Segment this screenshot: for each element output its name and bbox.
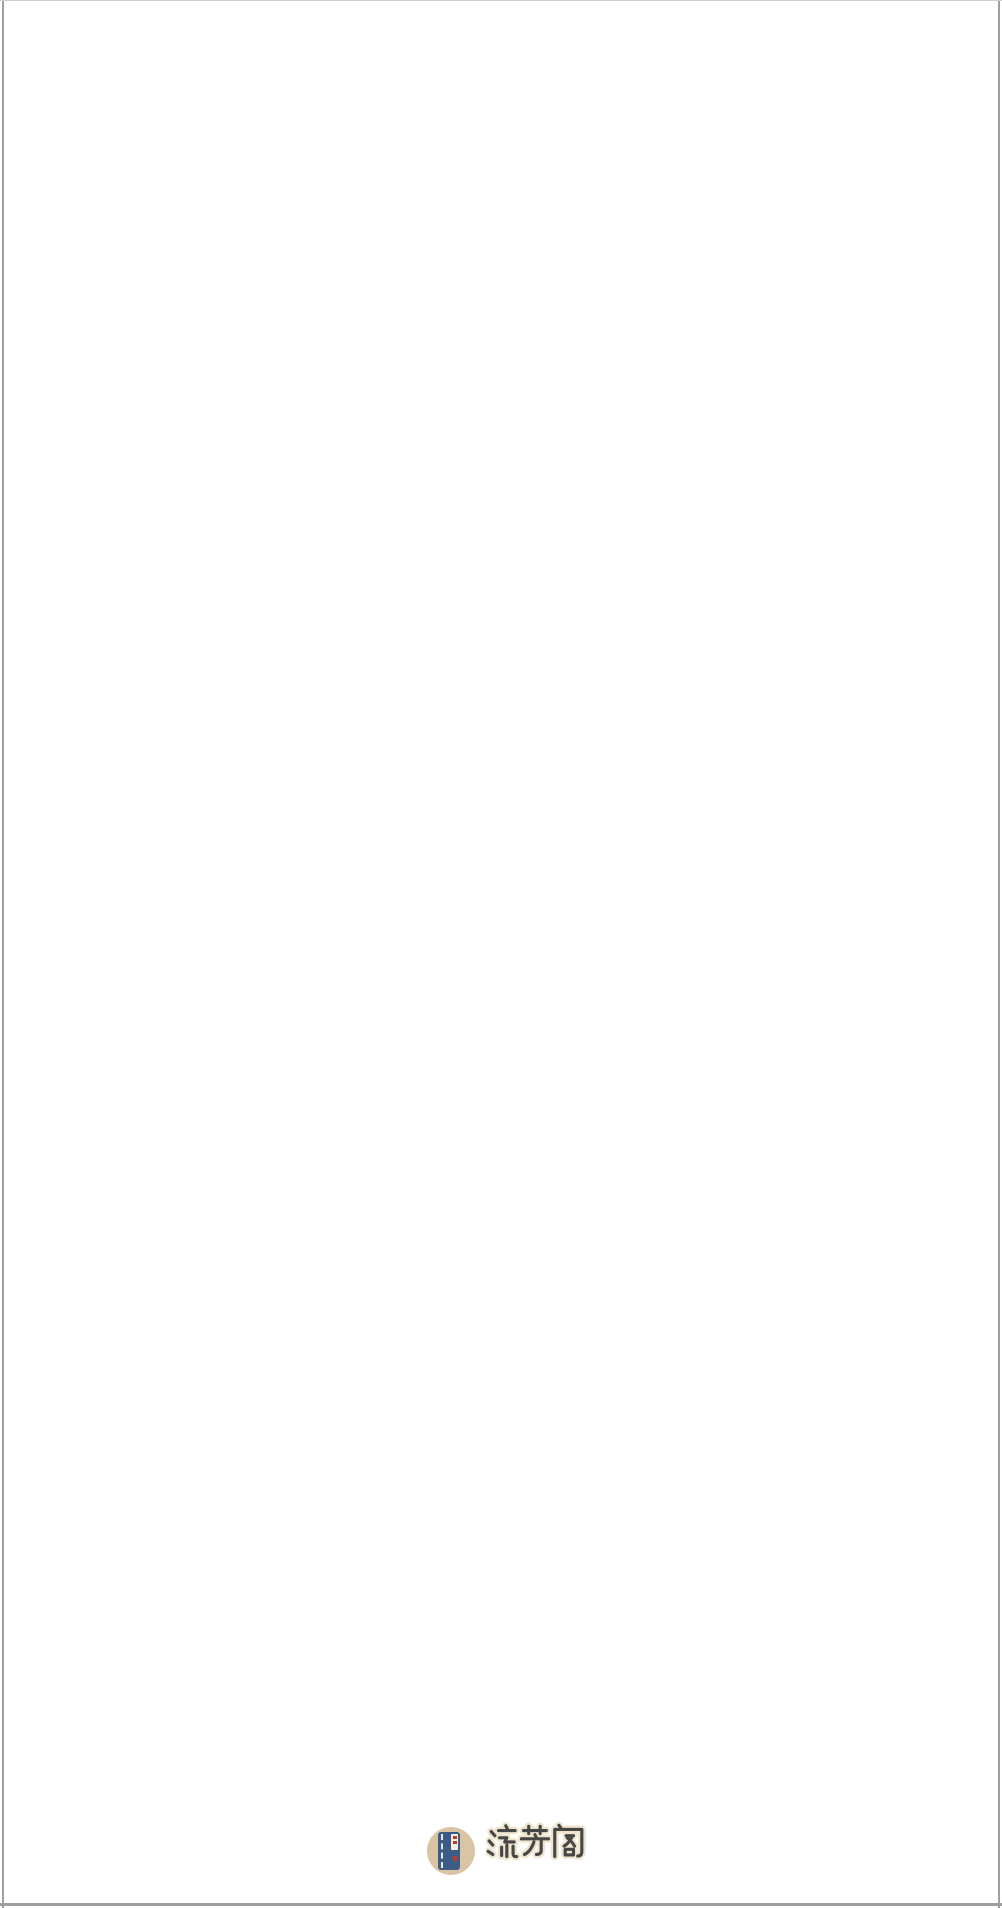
book-red-seal (453, 1856, 457, 1861)
lfglib-cjk-wordmark (486, 1822, 586, 1864)
lfglib-logo-badge (427, 1827, 475, 1875)
book-stitch-decoration (441, 1834, 443, 1868)
ink-specks (0, 0, 1002, 1908)
book-icon (438, 1832, 460, 1870)
book-title-slip (451, 1834, 458, 1850)
